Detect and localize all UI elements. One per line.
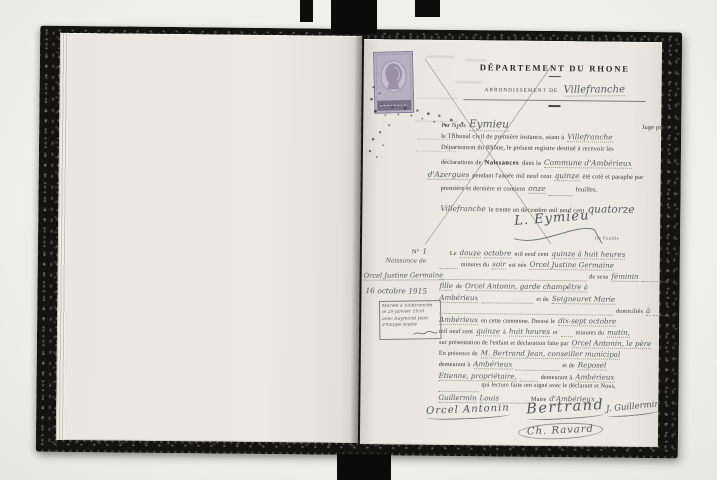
record-number: N° 1 (412, 247, 440, 256)
act-type-label: Naissance de (386, 257, 440, 265)
printed-text: demeurant à (439, 362, 471, 368)
handwritten-text: quinze (555, 171, 580, 181)
handwritten-text: Ambérieux (575, 372, 614, 382)
photo-artifact (300, 0, 313, 22)
left-page (56, 33, 362, 443)
record-body: Ledouzeoctobremil neuf centquinze à huit… (438, 248, 668, 406)
handwritten-text: Seigneuret Marie (552, 294, 615, 305)
handwritten-text: douze (460, 248, 481, 258)
handwritten-text: Reposel (578, 361, 607, 371)
printed-text: et (553, 330, 558, 336)
form-line: Par NousEymieuJuge près (441, 118, 667, 133)
handwritten-text: quinze (476, 326, 500, 336)
mention-signature-flourish (412, 329, 438, 337)
signature-declarant: Orcel Antonin (426, 402, 510, 420)
act-date: 16 octobre 1915 (365, 286, 439, 296)
handwritten-text: d'Azergues (428, 170, 470, 180)
handwritten-text: dix-sept octobre (558, 316, 616, 327)
arrondissement-value: Villefranche (563, 85, 624, 97)
divider-dash (549, 76, 561, 78)
printed-text: de sexe (589, 275, 608, 281)
child-name: Orcel Justine Germaine (364, 271, 444, 281)
printed-text: en cette commune. Dressé le (481, 318, 555, 325)
printed-text: pendant l'année mil neuf cent (472, 172, 551, 180)
printed-text: En présence de (439, 351, 478, 357)
printed-text: première et dernière et contient (441, 185, 526, 193)
printed-text: qui lecture faite ont signé avec le décl… (481, 382, 615, 389)
handwritten-text: octobre (484, 248, 512, 258)
blank-rule (642, 273, 668, 282)
blank-rule (440, 260, 458, 269)
printed-text: minutes du (461, 262, 489, 268)
bleedthrough-mark (466, 59, 486, 61)
register-book: DÉPARTEMENT DU RHONE ARRONDISSEMENT DE V… (36, 26, 682, 459)
marriage-mention-box: Mariée à Villefranche le 29 janvier 1938… (379, 300, 442, 340)
printed-text: est née (509, 263, 527, 269)
handwritten-text: féminin (611, 272, 638, 282)
page-stack-edges (56, 33, 69, 440)
bottom-strap (337, 454, 391, 480)
handwritten-text: Orcel Antonin, le père (572, 338, 652, 349)
handwritten-text: fille (439, 281, 453, 291)
record-number-label: N° (412, 249, 420, 256)
printed-text: Juge près (642, 124, 667, 131)
handwritten-text: Commune d'Ambérieux (544, 158, 632, 169)
printed-text: sur présentation de l'enfant et déclarat… (439, 340, 569, 347)
header-rule (463, 99, 645, 102)
handwritten-text: matin, (607, 328, 630, 338)
printed-text: Le (450, 251, 457, 257)
handwritten-text: quinze à huit heures (552, 249, 626, 260)
divider-dash (548, 105, 560, 107)
printed-text: et de (562, 364, 574, 370)
department-title: DÉPARTEMENT DU RHONE (444, 62, 666, 74)
blank-rule (440, 271, 587, 282)
signature-flourish (512, 219, 608, 248)
record-margin: N° 1 Naissance de Orcel Justine Germaine… (363, 246, 440, 339)
printed-text: mil neuf cent (514, 252, 548, 258)
handwritten-text: Louis (480, 393, 500, 403)
blank-rule (549, 187, 573, 196)
printed-text: mil neuf cent (439, 329, 473, 335)
printed-text: et de (536, 296, 548, 302)
right-page: DÉPARTEMENT DU RHONE ARRONDISSEMENT DE V… (360, 39, 662, 447)
fiscal-stamp-icon (373, 51, 415, 114)
signature-extra: Ch. Ravard (518, 421, 604, 441)
printed-text: domiciliés (616, 308, 643, 314)
handwritten-text: Ambérieux (439, 315, 478, 325)
handwritten-text: soir (492, 260, 506, 270)
blank-rule (438, 383, 478, 392)
printed-text: demeurant à (541, 374, 573, 380)
printed-text: minutes du (576, 330, 604, 336)
handwritten-text: Eymieu (469, 118, 509, 131)
printed-text: dans la (522, 160, 541, 167)
blank-rule (561, 328, 573, 337)
scanned-register-photo: DÉPARTEMENT DU RHONE ARRONDISSEMENT DE V… (0, 0, 717, 480)
handwritten-text: à (646, 306, 650, 316)
handwritten-text: Ambérieux (473, 360, 512, 370)
blank-rule (512, 128, 639, 129)
handwritten-text: Villefranche (567, 132, 612, 142)
printed-text: Naissances (485, 159, 519, 166)
handwritten-text: Orcel Justine Germaine (530, 260, 614, 271)
handwritten-text: onze (528, 184, 546, 194)
handwritten-text: huit heures (509, 327, 550, 337)
printed-text: déclarations de (441, 159, 482, 166)
handwritten-text: Ambérieux (439, 292, 478, 302)
blank-rule (653, 307, 667, 316)
blank-rule (515, 361, 559, 370)
record-number-value: 1 (422, 247, 427, 256)
blank-rule (520, 372, 538, 381)
signature-witness-bertrand: Bertrand (526, 397, 605, 422)
photo-artifact (415, 0, 440, 17)
blank-rule (481, 294, 533, 304)
blank-rule (439, 305, 613, 316)
handwritten-text: Etienne, propriétaire, (439, 370, 517, 381)
printed-text: été coté et paraphé par (582, 173, 643, 181)
form-header: DÉPARTEMENT DU RHONE ARRONDISSEMENT DE V… (443, 62, 665, 108)
handwritten-text: Guillermin (438, 393, 476, 403)
arrondissement-label: ARRONDISSEMENT DE (485, 88, 559, 95)
handwritten-text: M. Bertrand Jean, conseiller municipal (481, 349, 621, 360)
top-strap (331, 0, 377, 34)
printed-text: Par Nous (441, 122, 466, 129)
printed-text: feuilles. (576, 186, 598, 193)
handwritten-text: Orcel Antonin, garde champêtre à (465, 282, 588, 293)
printed-text: Département du Rhône, le présent registr… (441, 144, 614, 153)
printed-text: le Tribunal civil de première instance, … (441, 133, 564, 141)
printed-text: de (456, 284, 462, 290)
bleedthrough-mark (426, 56, 454, 58)
handwritten-text: Villefranche (440, 204, 485, 213)
register-preamble: Par NousEymieuJuge près le Tribunal civi… (440, 118, 667, 198)
printed-text: à (503, 329, 506, 335)
form-line: première et dernière et contientonzefeui… (440, 183, 666, 198)
sheet-note: 1re Feuille (594, 235, 619, 240)
handwritten-text: quatorze (587, 203, 634, 215)
